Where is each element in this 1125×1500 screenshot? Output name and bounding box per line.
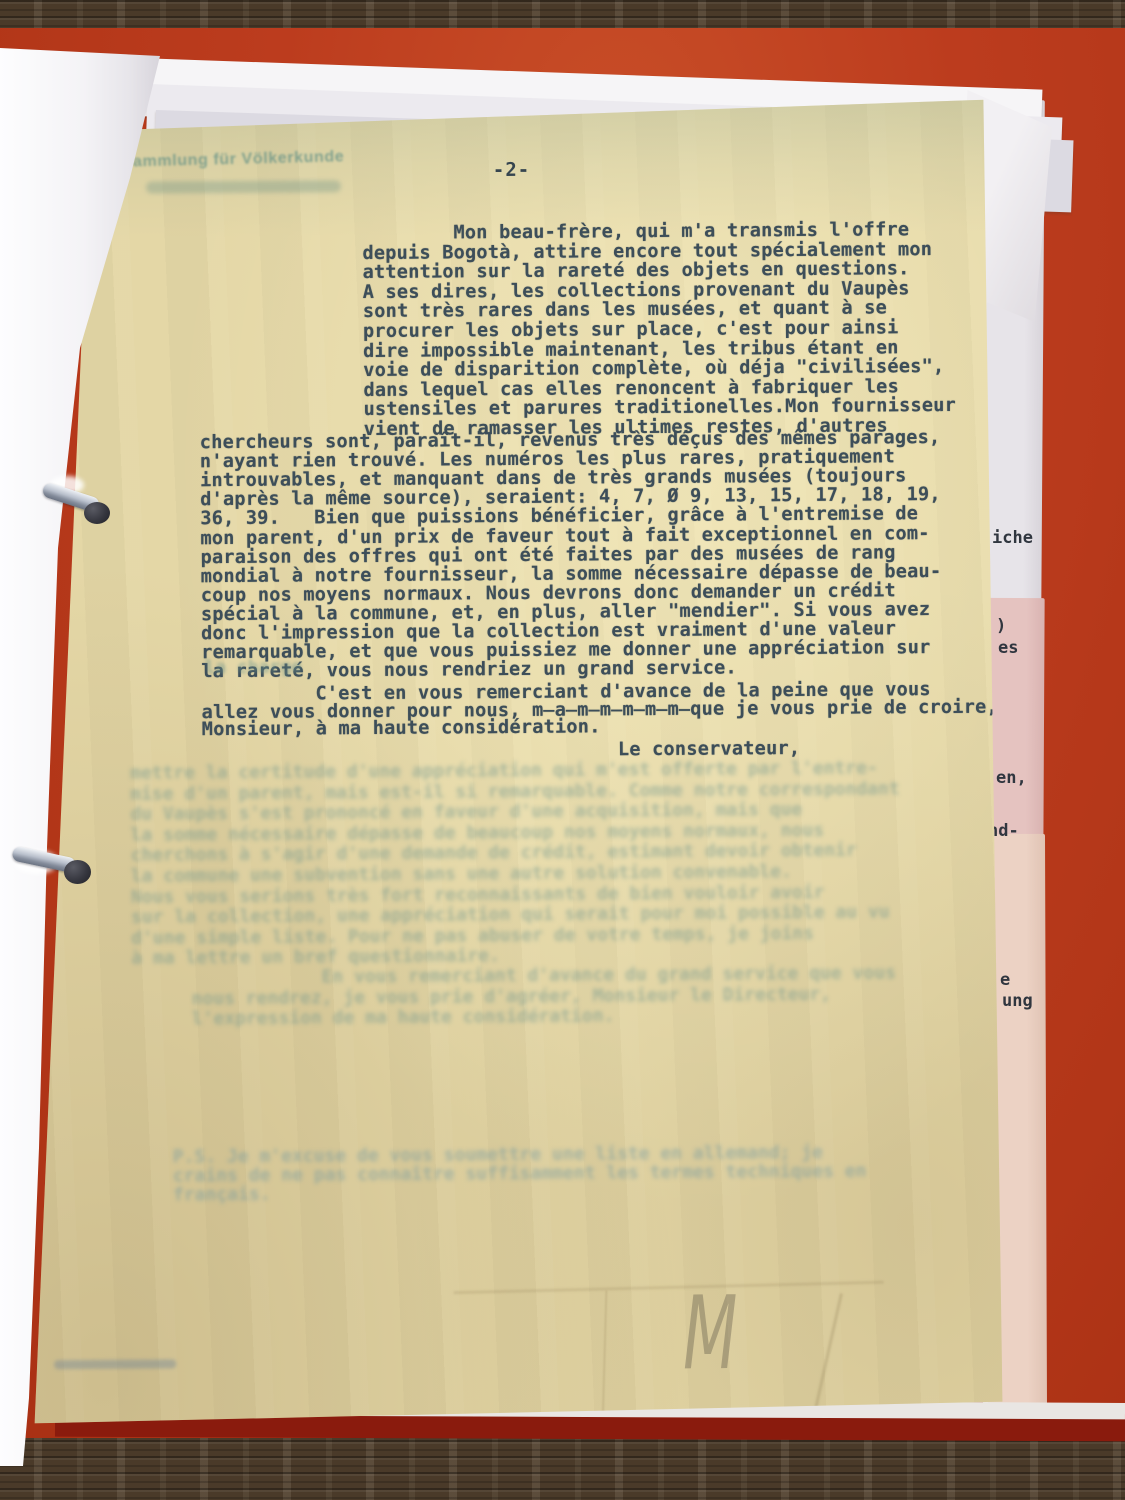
ghost-line: nous rendrez, je vous prie d'agréer, Mon… (192, 985, 832, 1007)
underpage-line-end: e (1000, 972, 1010, 989)
fastener-tip (84, 502, 110, 524)
letter-page: Sammlung für Völkerkunde -2- Mon beau-fr… (15, 92, 1014, 1434)
museum-stamp: Sammlung für Völkerkunde (122, 149, 345, 170)
signature-line: Le conservateur, (618, 740, 800, 760)
photo-scene: iche)esen,nd-eung Sammlung für Völkerkun… (0, 0, 1125, 1500)
ghost-line: crains de ne pas connaître suffisamment … (173, 1163, 867, 1186)
underpage-line-end: es (998, 640, 1018, 657)
ghost-line: l'expression de ma haute considération. (192, 1007, 615, 1028)
paper-crease-horizontal (454, 1281, 884, 1295)
ghost-line: d'une simple liste. Pour ne pas abuser d… (131, 925, 814, 948)
underpage-line-end: ) (996, 618, 1006, 635)
typed-line: Monsieur, à ma haute considération. (202, 719, 601, 740)
bleedthrough-fragment: la charge (204, 658, 302, 677)
ghost-line: français. (173, 1186, 271, 1205)
stamp-second-line-smudge (146, 180, 341, 193)
underpage-line-end: ung (1002, 993, 1033, 1010)
fastener-tip (64, 860, 91, 884)
underpage-line-end: en, (996, 770, 1027, 787)
pencil-mark: M (677, 1283, 743, 1385)
binder-fastener-top (40, 476, 120, 538)
page-number: -2- (493, 161, 530, 180)
binder-fastener-bottom (12, 836, 104, 900)
underpage-line-end: iche (992, 530, 1033, 547)
footer-print-smudge (54, 1359, 176, 1369)
